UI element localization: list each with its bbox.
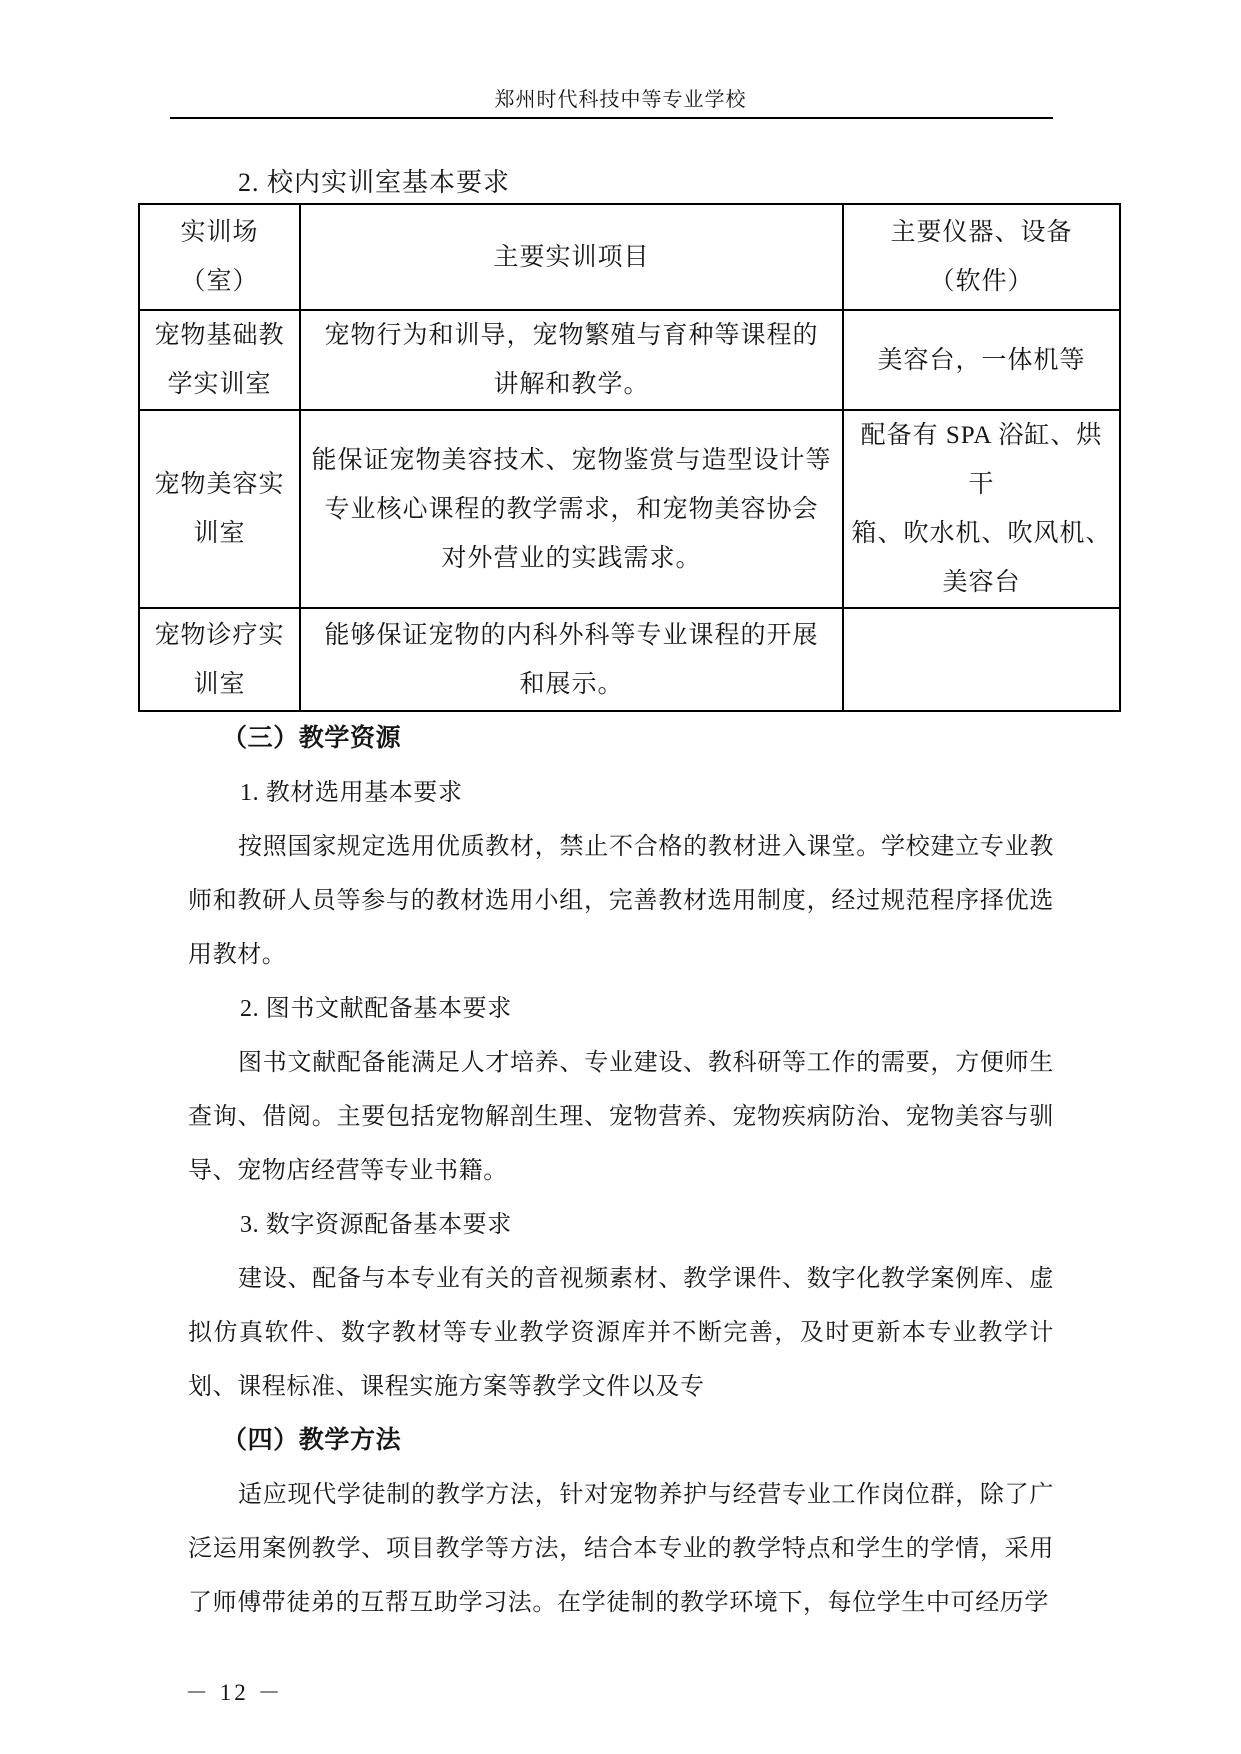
header-cell-projects: 主要实训项目 — [300, 204, 843, 310]
document-body: （三）教学资源 1. 教材选用基本要求 按照国家规定选用优质教材，禁止不合格的教… — [188, 712, 1054, 1630]
header-cell-equipment: 主要仪器、设备 （软件） — [843, 204, 1120, 310]
table-header-row: 实训场 （室） 主要实训项目 主要仪器、设备 （软件） — [139, 204, 1120, 310]
cell-projects: 能保证宠物美容技术、宠物鉴赏与造型设计等 专业核心课程的教学需求，和宠物美容协会… — [300, 410, 843, 608]
cell-room: 宠物美容实 训室 — [139, 410, 300, 608]
school-title: 郑州时代科技中等专业学校 — [0, 90, 1241, 110]
subheading-textbook-selection: 1. 教材选用基本要求 — [188, 766, 1054, 820]
page-header: 郑州时代科技中等专业学校 — [0, 0, 1241, 119]
cell-equipment: 配备有 SPA 浴缸、烘干 箱、吹水机、吹风机、 美容台 — [843, 410, 1120, 608]
header-rule — [170, 117, 1053, 119]
cell-equipment: 美容台，一体机等 — [843, 310, 1120, 410]
paragraph-digital-resources: 建设、配备与本专业有关的音视频素材、教学课件、数字化教学案例库、虚拟仿真软件、数… — [188, 1252, 1054, 1414]
training-room-table: 实训场 （室） 主要实训项目 主要仪器、设备 （软件） 宠物基础教 学实训室 宠… — [138, 203, 1121, 712]
document-page: 郑州时代科技中等专业学校 2. 校内实训室基本要求 实训场 （室） 主要实训项目… — [0, 0, 1241, 1754]
cell-equipment — [843, 608, 1120, 711]
cell-room: 宠物诊疗实 训室 — [139, 608, 300, 711]
subheading-digital-resources: 3. 数字资源配备基本要求 — [188, 1198, 1054, 1252]
section-heading-teaching-resources: （三）教学资源 — [188, 712, 1054, 766]
section-heading-teaching-methods: （四）教学方法 — [188, 1414, 1054, 1468]
cell-room: 宠物基础教 学实训室 — [139, 310, 300, 410]
table-row: 宠物美容实 训室 能保证宠物美容技术、宠物鉴赏与造型设计等 专业核心课程的教学需… — [139, 410, 1120, 608]
header-cell-room: 实训场 （室） — [139, 204, 300, 310]
cell-projects: 能够保证宠物的内科外科等专业课程的开展 和展示。 — [300, 608, 843, 711]
cell-projects: 宠物行为和训导，宠物繁殖与育种等课程的 讲解和教学。 — [300, 310, 843, 410]
table-row: 宠物诊疗实 训室 能够保证宠物的内科外科等专业课程的开展 和展示。 — [139, 608, 1120, 711]
paragraph-library-documents: 图书文献配备能满足人才培养、专业建设、教科研等工作的需要，方便师生查询、借阅。主… — [188, 1036, 1054, 1198]
subheading-library-documents: 2. 图书文献配备基本要求 — [188, 982, 1054, 1036]
page-number: － 12 － — [185, 1666, 1241, 1720]
paragraph-textbook-selection: 按照国家规定选用优质教材，禁止不合格的教材进入课堂。学校建立专业教师和教研人员等… — [188, 820, 1054, 982]
paragraph-teaching-methods: 适应现代学徒制的教学方法，针对宠物养护与经营专业工作岗位群，除了广泛运用案例教学… — [188, 1468, 1054, 1630]
intro-heading: 2. 校内实训室基本要求 — [238, 163, 1241, 203]
table-row: 宠物基础教 学实训室 宠物行为和训导，宠物繁殖与育种等课程的 讲解和教学。 美容… — [139, 310, 1120, 410]
